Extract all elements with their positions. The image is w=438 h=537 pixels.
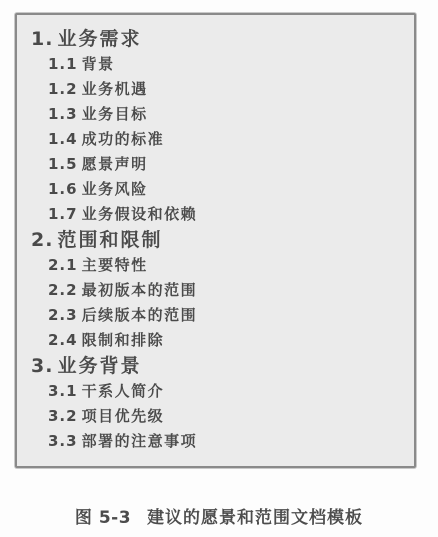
outline-list: 1.业务需求1.1背景1.2业务机遇1.3业务目标1.4成功的标准1.5愿景声明…	[17, 15, 414, 454]
figure-number: 图 5-3	[75, 508, 131, 528]
outline-item-label: 范围和限制	[57, 229, 162, 251]
outline-item-number: 1.2	[48, 80, 78, 98]
outline-item: 1.2业务机遇	[31, 77, 404, 102]
outline-item-number: 3.2	[48, 407, 78, 425]
outline-item-number: 1.4	[48, 130, 78, 148]
outline-item: 1.5愿景声明	[31, 152, 404, 177]
outline-item: 1.业务需求	[31, 26, 404, 52]
outline-item: 2.1主要特性	[31, 253, 404, 278]
outline-item-label: 业务机遇	[82, 80, 148, 98]
outline-item-number: 2.1	[48, 256, 78, 274]
outline-item-label: 项目优先级	[82, 407, 165, 425]
outline-item: 1.6业务风险	[31, 177, 404, 202]
outline-item-label: 业务假设和依赖	[82, 205, 198, 223]
figure-caption: 图 5-3建议的愿景和范围文档模板	[0, 503, 438, 528]
outline-item-label: 愿景声明	[82, 155, 148, 173]
outline-item-number: 1.1	[48, 55, 78, 73]
outline-item: 3.业务背景	[31, 353, 404, 379]
figure-title: 建议的愿景和范围文档模板	[147, 508, 363, 528]
outline-item-label: 业务需求	[57, 28, 141, 50]
outline-item-label: 主要特性	[82, 256, 148, 274]
outline-item-label: 后续版本的范围	[82, 306, 198, 324]
outline-item: 2.2最初版本的范围	[31, 278, 404, 303]
figure-page: 1.业务需求1.1背景1.2业务机遇1.3业务目标1.4成功的标准1.5愿景声明…	[0, 0, 438, 537]
outline-item-label: 成功的标准	[82, 130, 165, 148]
outline-item: 1.4成功的标准	[31, 127, 404, 152]
outline-item-number: 1.3	[48, 105, 78, 123]
outline-item-label: 干系人简介	[82, 382, 165, 400]
outline-item-number: 3.3	[48, 432, 78, 450]
outline-item-label: 最初版本的范围	[82, 281, 198, 299]
outline-item-number: 3.	[31, 355, 53, 377]
outline-item-number: 2.2	[48, 281, 78, 299]
outline-item: 3.3部署的注意事项	[31, 429, 404, 454]
outline-item-label: 限制和排除	[82, 331, 165, 349]
outline-item-number: 2.4	[48, 331, 78, 349]
outline-item-label: 业务目标	[82, 105, 148, 123]
outline-item: 2.3后续版本的范围	[31, 303, 404, 328]
outline-item-label: 背景	[82, 55, 115, 73]
outline-item: 3.1干系人简介	[31, 379, 404, 404]
outline-item-number: 1.5	[48, 155, 78, 173]
outline-item-number: 1.7	[48, 205, 78, 223]
outline-item-label: 部署的注意事项	[82, 432, 198, 450]
vision-scope-template-box: 1.业务需求1.1背景1.2业务机遇1.3业务目标1.4成功的标准1.5愿景声明…	[15, 13, 416, 468]
outline-item: 2.4限制和排除	[31, 328, 404, 353]
outline-item: 1.3业务目标	[31, 102, 404, 127]
outline-item-number: 1.	[31, 28, 53, 50]
outline-item-label: 业务风险	[82, 180, 148, 198]
outline-item-number: 2.	[31, 229, 53, 251]
outline-item-number: 2.3	[48, 306, 78, 324]
outline-item: 2.范围和限制	[31, 227, 404, 253]
outline-item-number: 1.6	[48, 180, 78, 198]
outline-item: 3.2项目优先级	[31, 404, 404, 429]
outline-item-number: 3.1	[48, 382, 78, 400]
outline-item: 1.1背景	[31, 52, 404, 77]
outline-item: 1.7业务假设和依赖	[31, 202, 404, 227]
outline-item-label: 业务背景	[57, 355, 141, 377]
